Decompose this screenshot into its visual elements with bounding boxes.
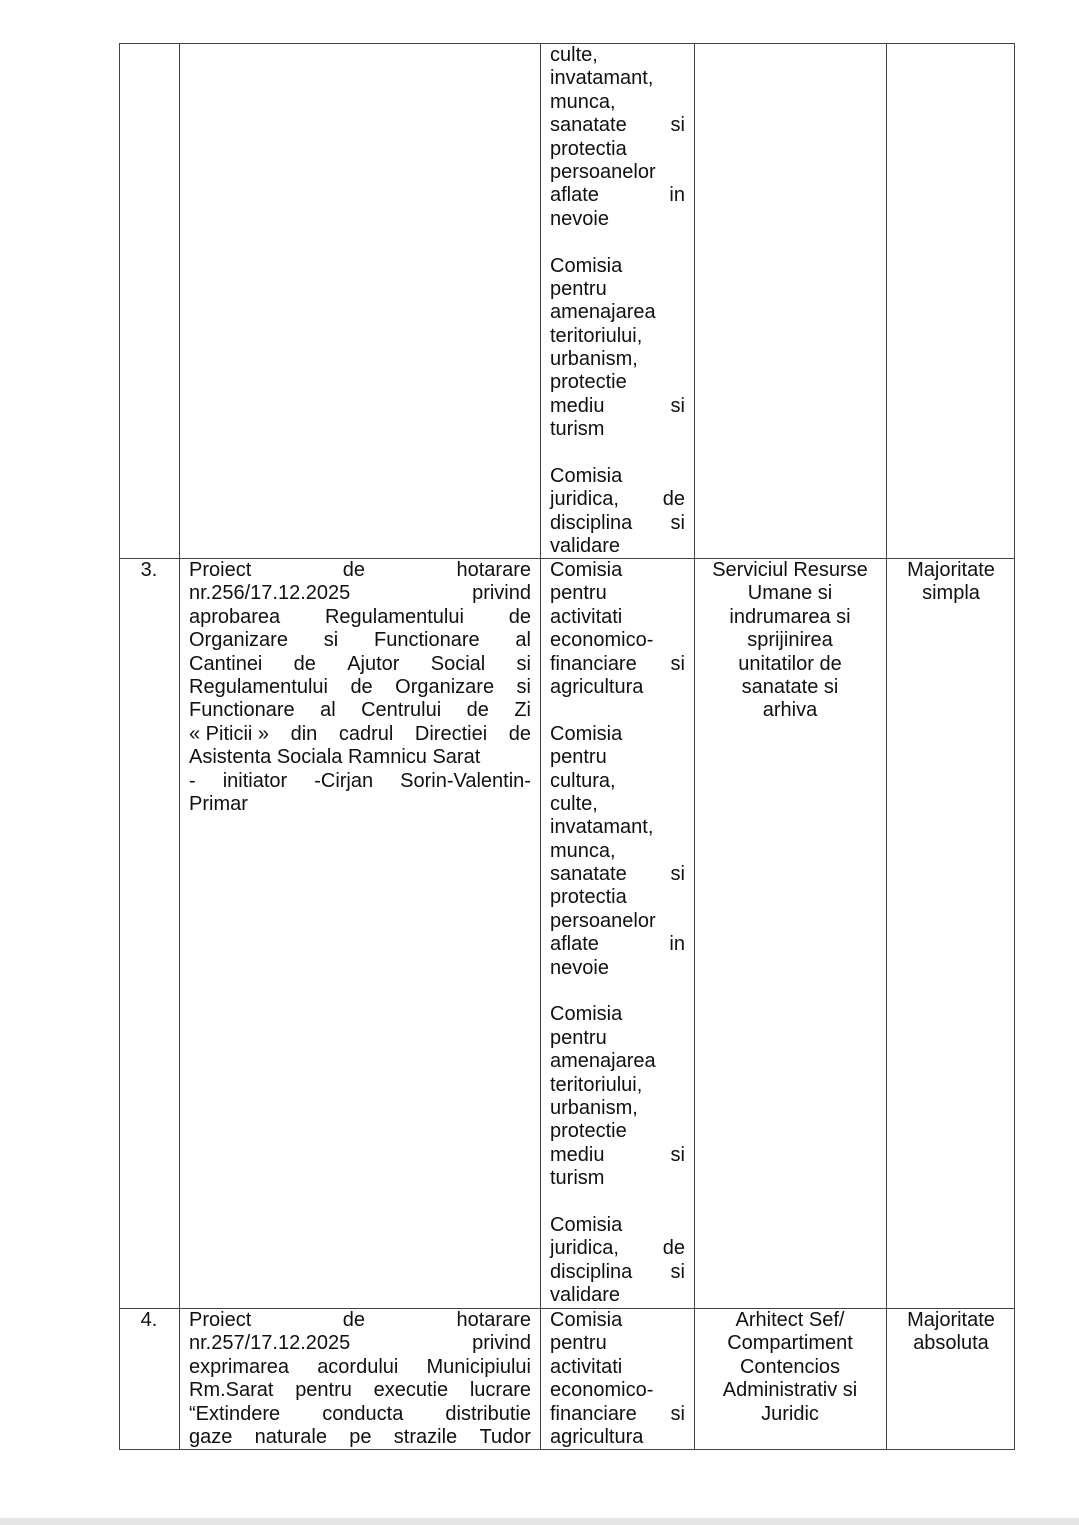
word: initiator bbox=[223, 770, 287, 793]
text-line: financiaresi bbox=[550, 653, 685, 676]
word: Asistenta Sociala Ramnicu Sarat bbox=[189, 746, 480, 769]
text-line: validare bbox=[550, 1284, 685, 1307]
word: urbanism, bbox=[550, 1097, 638, 1120]
word: de bbox=[343, 559, 365, 582]
word: juridica, bbox=[550, 1237, 619, 1260]
word: al bbox=[515, 629, 531, 652]
text-line: culte, bbox=[550, 793, 685, 816]
word: Comisia bbox=[550, 1214, 622, 1237]
word: Directiei bbox=[415, 723, 487, 746]
word: si bbox=[517, 653, 531, 676]
text-line bbox=[550, 1191, 685, 1214]
word: distributie bbox=[445, 1403, 531, 1426]
word: Organizare bbox=[395, 676, 494, 699]
word: culte, bbox=[550, 44, 598, 67]
text-line: Comisia bbox=[550, 1309, 685, 1332]
word: mediu bbox=[550, 395, 604, 418]
word: cultura, bbox=[550, 770, 616, 793]
text-line: teritoriului, bbox=[550, 1074, 685, 1097]
text-line: Contencios bbox=[695, 1356, 885, 1379]
text-line: Juridic bbox=[695, 1403, 885, 1426]
word: gaze bbox=[189, 1426, 232, 1449]
text-line: sanatate si bbox=[695, 676, 885, 699]
text-line: protectia bbox=[550, 886, 685, 909]
text-line: OrganizaresiFunctionareal bbox=[189, 629, 531, 652]
word: strazile bbox=[394, 1426, 457, 1449]
word: de bbox=[509, 723, 531, 746]
word: si bbox=[517, 676, 531, 699]
responsible-department: Serviciul ResurseUmane siindrumarea sisp… bbox=[695, 559, 885, 723]
word: pentru bbox=[550, 746, 607, 769]
word: validare bbox=[550, 1284, 620, 1307]
word: hotarare bbox=[457, 1309, 532, 1332]
word: Municipiului bbox=[427, 1356, 532, 1379]
word: de bbox=[509, 606, 531, 629]
text-line: juridica,de bbox=[550, 488, 685, 511]
word: exprimarea bbox=[189, 1356, 289, 1379]
text-line: aprobareaRegulamentuluide bbox=[189, 606, 531, 629]
word: si bbox=[671, 395, 685, 418]
word: Sorin-Valentin- bbox=[400, 770, 531, 793]
word: - bbox=[189, 770, 196, 793]
word: Comisia bbox=[550, 723, 622, 746]
text-line: Compartiment bbox=[695, 1332, 885, 1355]
word: activitati bbox=[550, 1356, 622, 1379]
text-line: Comisia bbox=[550, 1003, 685, 1026]
text-line: validare bbox=[550, 535, 685, 558]
word: de bbox=[350, 676, 372, 699]
text-line: activitati bbox=[550, 1356, 685, 1379]
word: protectia bbox=[550, 138, 627, 161]
text-line: sprijinirea bbox=[695, 629, 885, 652]
word: aflate bbox=[550, 184, 599, 207]
word: in bbox=[669, 933, 685, 956]
text-line: absoluta bbox=[887, 1332, 1015, 1355]
word: si bbox=[324, 629, 338, 652]
word: Organizare bbox=[189, 629, 288, 652]
word: economico- bbox=[550, 1379, 653, 1402]
word: persoanelor bbox=[550, 910, 656, 933]
text-line: sanatatesi bbox=[550, 863, 685, 886]
text-line: economico- bbox=[550, 629, 685, 652]
word: pentru bbox=[550, 278, 607, 301]
word: validare bbox=[550, 535, 620, 558]
word: Social bbox=[431, 653, 485, 676]
column-divider bbox=[886, 43, 887, 1450]
responsible-department: Arhitect Sef/CompartimentContenciosAdmin… bbox=[695, 1309, 885, 1426]
word: de bbox=[663, 1237, 685, 1260]
word: Functionare bbox=[374, 629, 480, 652]
word: pentru bbox=[295, 1379, 352, 1402]
word: turism bbox=[550, 1167, 604, 1190]
word: Proiect bbox=[189, 1309, 251, 1332]
text-line: unitatilor de bbox=[695, 653, 885, 676]
word: hotarare bbox=[457, 559, 532, 582]
word: aprobarea bbox=[189, 606, 280, 629]
text-line: juridica,de bbox=[550, 1237, 685, 1260]
word: culte, bbox=[550, 793, 598, 816]
text-line: Primar bbox=[189, 793, 531, 816]
project-description: Proiectdehotararenr.256/17.12.2025privin… bbox=[189, 559, 531, 816]
word: disciplina bbox=[550, 1261, 632, 1284]
text-line: persoanelor bbox=[550, 910, 685, 933]
word: executie bbox=[374, 1379, 449, 1402]
column-divider bbox=[540, 43, 541, 1450]
word: de bbox=[467, 699, 489, 722]
word: « Piticii » bbox=[189, 723, 269, 746]
text-line: nevoie bbox=[550, 208, 685, 231]
word: acordului bbox=[317, 1356, 398, 1379]
word: cadrul bbox=[339, 723, 393, 746]
word: teritoriului, bbox=[550, 1074, 642, 1097]
word: din bbox=[291, 723, 318, 746]
text-line: Administrativ si bbox=[695, 1379, 885, 1402]
text-line: protectie bbox=[550, 371, 685, 394]
text-line: Comisia bbox=[550, 559, 685, 582]
text-line: munca, bbox=[550, 91, 685, 114]
text-line: amenajarea bbox=[550, 1050, 685, 1073]
text-line: Umane si bbox=[695, 582, 885, 605]
text-line: pentru bbox=[550, 582, 685, 605]
text-line: turism bbox=[550, 1167, 685, 1190]
text-line: disciplinasi bbox=[550, 1261, 685, 1284]
text-line: pentru bbox=[550, 746, 685, 769]
text-line: pentru bbox=[550, 1332, 685, 1355]
text-line: financiaresi bbox=[550, 1403, 685, 1426]
word: invatamant, bbox=[550, 67, 653, 90]
column-divider bbox=[694, 43, 695, 1450]
viewer-bottom-bar bbox=[0, 1518, 1079, 1525]
word: munca, bbox=[550, 840, 616, 863]
word: Tudor bbox=[479, 1426, 531, 1449]
text-line: cultura, bbox=[550, 770, 685, 793]
word: amenajarea bbox=[550, 1050, 656, 1073]
word: Comisia bbox=[550, 1003, 622, 1026]
word: Comisia bbox=[550, 465, 622, 488]
text-line: Comisia bbox=[550, 723, 685, 746]
word: “Extindere bbox=[189, 1403, 280, 1426]
text-line: teritoriului, bbox=[550, 325, 685, 348]
text-line: culte, bbox=[550, 44, 685, 67]
word: Rm.Sarat bbox=[189, 1379, 273, 1402]
text-line: Majoritate bbox=[887, 559, 1015, 582]
word: invatamant, bbox=[550, 816, 653, 839]
text-line: invatamant, bbox=[550, 67, 685, 90]
text-line: invatamant, bbox=[550, 816, 685, 839]
text-line: Proiectdehotarare bbox=[189, 1309, 531, 1332]
text-line: pentru bbox=[550, 1027, 685, 1050]
word: nevoie bbox=[550, 208, 609, 231]
text-line: gazenaturalepestrazileTudor bbox=[189, 1426, 531, 1449]
project-description: Proiectdehotararenr.257/17.12.2025privin… bbox=[189, 1309, 531, 1449]
word: si bbox=[671, 1261, 685, 1284]
text-line bbox=[550, 231, 685, 254]
word: Regulamentului bbox=[189, 676, 328, 699]
word: Proiect bbox=[189, 559, 251, 582]
text-line: protectie bbox=[550, 1120, 685, 1143]
word: sanatate bbox=[550, 863, 627, 886]
word: privind bbox=[472, 1332, 531, 1355]
word: Comisia bbox=[550, 255, 622, 278]
word: si bbox=[671, 1144, 685, 1167]
committee-list: culte,invatamant,munca,sanatatesiprotect… bbox=[550, 44, 685, 559]
text-line: munca, bbox=[550, 840, 685, 863]
text-line: exprimareaacorduluiMunicipiului bbox=[189, 1356, 531, 1379]
text-line: mediusi bbox=[550, 395, 685, 418]
word: al bbox=[320, 699, 336, 722]
text-line: CantineideAjutorSocialsi bbox=[189, 653, 531, 676]
word: financiare bbox=[550, 653, 637, 676]
word: economico- bbox=[550, 629, 653, 652]
text-line: Proiectdehotarare bbox=[189, 559, 531, 582]
text-line: -initiator-CirjanSorin-Valentin- bbox=[189, 770, 531, 793]
text-line: Serviciul Resurse bbox=[695, 559, 885, 582]
text-line: disciplinasi bbox=[550, 512, 685, 535]
word: Regulamentului bbox=[325, 606, 464, 629]
text-line: activitati bbox=[550, 606, 685, 629]
word: persoanelor bbox=[550, 161, 656, 184]
word: de bbox=[663, 488, 685, 511]
text-line bbox=[550, 980, 685, 1003]
word: nr.256/17.12.2025 bbox=[189, 582, 350, 605]
word: financiare bbox=[550, 1403, 637, 1426]
word: pentru bbox=[550, 1027, 607, 1050]
document-page: culte,invatamant,munca,sanatatesiprotect… bbox=[0, 0, 1079, 1518]
word: protectie bbox=[550, 371, 627, 394]
text-line: economico- bbox=[550, 1379, 685, 1402]
word: Cantinei bbox=[189, 653, 262, 676]
word: nevoie bbox=[550, 957, 609, 980]
word: mediu bbox=[550, 1144, 604, 1167]
word: teritoriului, bbox=[550, 325, 642, 348]
text-line: arhiva bbox=[695, 699, 885, 722]
text-line: turism bbox=[550, 418, 685, 441]
word: aflate bbox=[550, 933, 599, 956]
text-line: FunctionarealCentruluideZi bbox=[189, 699, 531, 722]
word: in bbox=[669, 184, 685, 207]
word: si bbox=[671, 512, 685, 535]
item-number: 3. bbox=[119, 559, 179, 582]
text-line: agricultura bbox=[550, 1426, 685, 1449]
word: urbanism, bbox=[550, 348, 638, 371]
text-line: nr.257/17.12.2025privind bbox=[189, 1332, 531, 1355]
word: de bbox=[294, 653, 316, 676]
word: Primar bbox=[189, 793, 248, 816]
word: amenajarea bbox=[550, 301, 656, 324]
text-line: Comisia bbox=[550, 255, 685, 278]
required-majority: Majoritateabsoluta bbox=[887, 1309, 1015, 1356]
text-line: amenajarea bbox=[550, 301, 685, 324]
text-line: urbanism, bbox=[550, 348, 685, 371]
text-line: indrumarea si bbox=[695, 606, 885, 629]
text-line: urbanism, bbox=[550, 1097, 685, 1120]
text-line: protectia bbox=[550, 138, 685, 161]
text-line: nr.256/17.12.2025privind bbox=[189, 582, 531, 605]
column-divider bbox=[179, 43, 180, 1450]
text-line: Majoritate bbox=[887, 1309, 1015, 1332]
word: si bbox=[671, 863, 685, 886]
word: si bbox=[671, 114, 685, 137]
word: protectie bbox=[550, 1120, 627, 1143]
text-line: RegulamentuluideOrganizaresi bbox=[189, 676, 531, 699]
word: activitati bbox=[550, 606, 622, 629]
text-line: “Extindereconductadistributie bbox=[189, 1403, 531, 1426]
text-line: Rm.Saratpentruexecutielucrare bbox=[189, 1379, 531, 1402]
word: Ajutor bbox=[347, 653, 399, 676]
word: sanatate bbox=[550, 114, 627, 137]
word: conducta bbox=[322, 1403, 403, 1426]
text-line: nevoie bbox=[550, 957, 685, 980]
committee-list: Comisiapentruactivitatieconomico-financi… bbox=[550, 1309, 685, 1449]
word: Zi bbox=[514, 699, 531, 722]
text-line: pentru bbox=[550, 278, 685, 301]
word: disciplina bbox=[550, 512, 632, 535]
word: juridica, bbox=[550, 488, 619, 511]
word: si bbox=[671, 653, 685, 676]
text-line: mediusi bbox=[550, 1144, 685, 1167]
word: de bbox=[343, 1309, 365, 1332]
item-number: 4. bbox=[119, 1309, 179, 1332]
word: protectia bbox=[550, 886, 627, 909]
word: privind bbox=[472, 582, 531, 605]
word: pe bbox=[349, 1426, 371, 1449]
text-line: Comisia bbox=[550, 1214, 685, 1237]
word: agricultura bbox=[550, 1426, 643, 1449]
word: pentru bbox=[550, 1332, 607, 1355]
word: munca, bbox=[550, 91, 616, 114]
text-line: « Piticii »dincadrulDirectieide bbox=[189, 723, 531, 746]
word: si bbox=[671, 1403, 685, 1426]
word: turism bbox=[550, 418, 604, 441]
text-line bbox=[550, 699, 685, 722]
word: Functionare bbox=[189, 699, 295, 722]
text-line: Asistenta Sociala Ramnicu Sarat bbox=[189, 746, 531, 769]
word: nr.257/17.12.2025 bbox=[189, 1332, 350, 1355]
text-line: aflatein bbox=[550, 933, 685, 956]
word: naturale bbox=[255, 1426, 327, 1449]
text-line: Comisia bbox=[550, 465, 685, 488]
text-line bbox=[550, 442, 685, 465]
text-line: Arhitect Sef/ bbox=[695, 1309, 885, 1332]
word: Comisia bbox=[550, 1309, 622, 1332]
text-line: aflatein bbox=[550, 184, 685, 207]
word: -Cirjan bbox=[314, 770, 373, 793]
text-line: simpla bbox=[887, 582, 1015, 605]
committee-list: Comisiapentruactivitatieconomico-financi… bbox=[550, 559, 685, 1308]
word: agricultura bbox=[550, 676, 643, 699]
text-line: sanatatesi bbox=[550, 114, 685, 137]
word: Centrului bbox=[361, 699, 441, 722]
required-majority: Majoritatesimpla bbox=[887, 559, 1015, 606]
text-line: agricultura bbox=[550, 676, 685, 699]
word: pentru bbox=[550, 582, 607, 605]
word: lucrare bbox=[470, 1379, 531, 1402]
word: Comisia bbox=[550, 559, 622, 582]
text-line: persoanelor bbox=[550, 161, 685, 184]
